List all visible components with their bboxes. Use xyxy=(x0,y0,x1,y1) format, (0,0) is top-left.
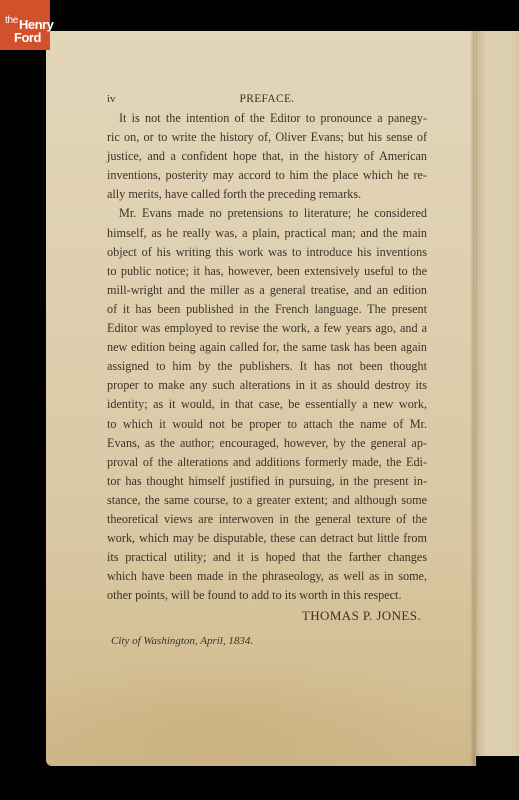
text-line: theoretical views are interwoven in the … xyxy=(107,510,427,529)
text-line: justice, and a confident hope that, in t… xyxy=(107,147,427,166)
text-line: ally merits, have called forth the prece… xyxy=(107,185,427,204)
text-line: of it has been published in the French l… xyxy=(107,300,427,319)
text-line: proper to make any such alterations in i… xyxy=(107,376,427,395)
text-line: its practical utility; and it is hoped t… xyxy=(107,548,427,567)
running-head: PREFACE. xyxy=(107,90,427,109)
text-line: Evans, as the author; encouraged, howeve… xyxy=(107,434,427,453)
text-line: ric on, or to write the history of, Oliv… xyxy=(107,128,427,147)
page-gutter xyxy=(470,31,478,766)
text-line: himself, as he really was, a plain, prac… xyxy=(107,224,427,243)
text-line: stance, the same course, to a greater ex… xyxy=(107,491,427,510)
signature: THOMAS P. JONES. xyxy=(107,606,427,625)
paragraph-1: It is not the intention of the Editor to… xyxy=(107,109,427,204)
text-line: mill-wright and the miller as a general … xyxy=(107,281,427,300)
text-line: inventions, posterity may accord to him … xyxy=(107,166,427,185)
text-line: identity; as it would, in that case, be … xyxy=(107,395,427,414)
page-text: iv PREFACE. It is not the intention of t… xyxy=(107,90,427,651)
text-line: to which it would not be proper to attac… xyxy=(107,415,427,434)
henry-ford-logo: the Henry Ford xyxy=(0,0,50,50)
text-line: Editor was employed to revise the work, … xyxy=(107,319,427,338)
logo-the: the xyxy=(5,15,18,26)
page-header: iv PREFACE. xyxy=(107,90,427,109)
text-line: which have been made in the phraseology,… xyxy=(107,567,427,586)
text-line: proval of the alterations and additions … xyxy=(107,453,427,472)
paragraph-2: Mr. Evans made no pretensions to literat… xyxy=(107,204,427,605)
text-line: object of his writing this work was to i… xyxy=(107,243,427,262)
text-line: other points, will be found to add to it… xyxy=(107,586,427,605)
text-line: Mr. Evans made no pretensions to literat… xyxy=(107,204,427,223)
dateline: City of Washington, April, 1834. xyxy=(107,632,427,651)
text-line: new edition being again called for, the … xyxy=(107,338,427,357)
text-line: tor has thought himself justified in pur… xyxy=(107,472,427,491)
text-line: work, which may be disputable, these can… xyxy=(107,529,427,548)
facing-page-edge xyxy=(476,31,519,756)
text-line: to public notice; it has, however, been … xyxy=(107,262,427,281)
text-line: It is not the intention of the Editor to… xyxy=(107,109,427,128)
logo-ford: Ford xyxy=(14,30,41,45)
text-line: assigned to him by the publishers. It ha… xyxy=(107,357,427,376)
